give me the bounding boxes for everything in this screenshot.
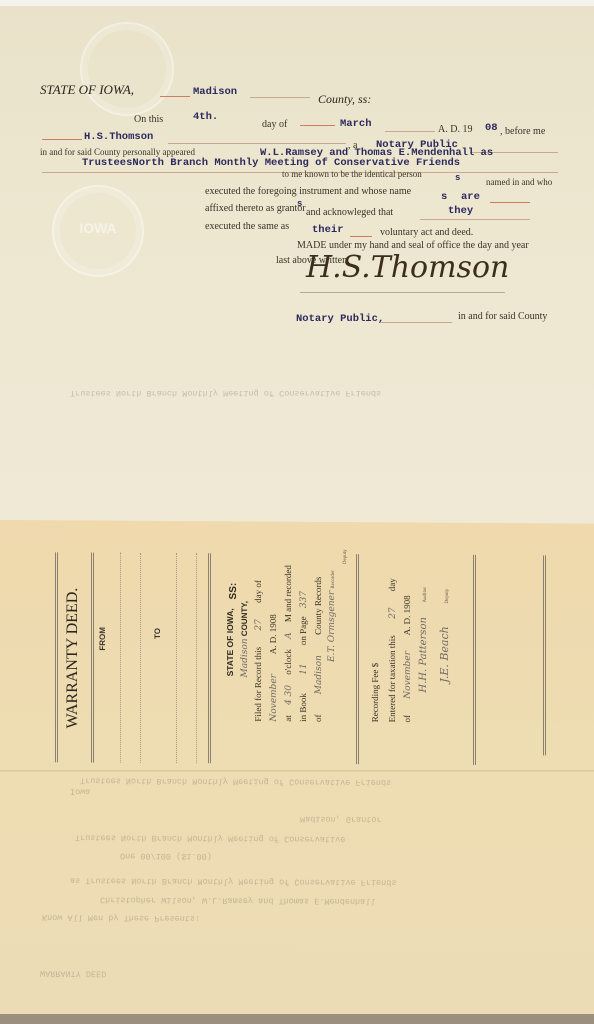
rule (208, 553, 209, 763)
time-row: at 4 30 o'clock A M and recorded (283, 565, 294, 722)
rule (196, 553, 197, 763)
bleed-through-text: WARRANTY DEED (40, 968, 106, 978)
deed-title: WARRANTY DEED. (64, 588, 82, 729)
rule (55, 552, 56, 762)
tax-month-row: of November A. D. 1908 (402, 595, 413, 722)
rule (140, 553, 141, 763)
county-label: County, ss: (318, 92, 371, 107)
from-label: FROM (98, 627, 107, 651)
ad-label: A. D. 19 (438, 124, 472, 135)
rule (57, 552, 58, 762)
named-in-label: named in and who (486, 177, 552, 187)
notary-name: H.S.Thomson (84, 131, 153, 143)
day-value: 4th. (193, 111, 218, 123)
their-value: their (312, 224, 344, 236)
rule (210, 553, 211, 763)
year-value: 08 (485, 122, 498, 134)
state-label: STATE OF IOWA, (225, 608, 235, 676)
bleed-through-text: One 00/100 ($1.00) (120, 851, 212, 862)
to-label: TO (153, 628, 162, 639)
person-plural: s (455, 173, 460, 183)
rule (543, 555, 544, 755)
rule (120, 553, 121, 763)
recording-fee-label: Recording Fee $ (370, 663, 380, 723)
recorder-row: E.T. Ormsgener Recorder (326, 570, 337, 662)
notary-signature: H.S.Thomson (306, 250, 509, 285)
state-heading: STATE OF IOWA, (40, 82, 134, 98)
bleed-through-text: Know All Men by These Presents: (42, 912, 200, 923)
rule (385, 131, 435, 132)
grantor-plural: s (297, 199, 302, 209)
acknowledged-label: and acknowleged that (306, 207, 393, 218)
rule (358, 554, 359, 764)
rule (176, 553, 177, 763)
paper-edge (0, 0, 594, 6)
signature-line (300, 292, 505, 293)
rule (300, 125, 335, 126)
rule (420, 219, 530, 220)
bleed-through-text: Madison, Grantor (300, 814, 382, 824)
are-value: are (461, 191, 480, 203)
county-name: Madison (193, 86, 237, 98)
notary-seal-icon: IOWA (52, 185, 144, 277)
deputy-label: Deputy (343, 549, 348, 564)
rule (475, 555, 476, 765)
bleed-through-text: Trustees North Branch Monthly Meeting of… (80, 775, 391, 787)
bleed-through-text: Trustees North Branch Monthly Meeting of… (75, 832, 345, 844)
county-row: Madison COUNTY, (239, 601, 250, 678)
bleed-through-text: Christopher Wilson, W.L.Ramsey and Thoma… (100, 895, 375, 907)
executed-foregoing-label: executed the foregoing instrument and wh… (205, 186, 411, 197)
name-plural: s (441, 191, 447, 203)
book-row: in Book 11 on Page 337 (298, 591, 309, 722)
month-row: November A. D. 1908 (268, 614, 279, 721)
paper-edge (0, 1014, 594, 1024)
rule (42, 139, 82, 140)
embossed-seal-icon (80, 22, 174, 116)
in-and-for-label: in and for said County personally appear… (40, 147, 195, 157)
records-row: of Madison County Records (313, 577, 324, 722)
known-to-me: to me known to be the identical person (282, 169, 422, 179)
rule (490, 202, 530, 203)
month-value: March (340, 118, 372, 130)
auditor-row: H.H. Patterson Auditor (418, 587, 429, 693)
deputy-row: J.E. Beach Deputy (438, 589, 451, 683)
rule (160, 96, 190, 97)
voluntary-label: voluntary act and deed. (380, 227, 473, 238)
bleed-through-text: as Trustees North Branch Monthly Meeting… (70, 875, 396, 887)
bleed-through-text: Trustees North Branch Monthly Meeting of… (70, 388, 381, 398)
rule (91, 553, 92, 763)
rule (93, 553, 94, 763)
taxation-row: Entered for taxation this 27 day (387, 578, 398, 722)
rule (356, 554, 357, 764)
filed-row: Filed for Record this 27 day of (253, 580, 264, 722)
rule (250, 97, 310, 98)
bleed-through-text: Iowa (70, 786, 90, 796)
rule (168, 143, 346, 144)
rule (380, 322, 452, 323)
paper-fold (0, 770, 594, 773)
executed-same-label: executed the same as (205, 221, 289, 232)
persons-line-2: TrusteesNorth Branch Monthly Meeting of … (82, 157, 460, 169)
rule (350, 236, 372, 237)
affixed-label: affixed thereto as grantor (205, 203, 306, 214)
rule (545, 555, 546, 755)
day-of-label: day of (262, 119, 287, 130)
rule (473, 555, 474, 765)
signature-title: Notary Public, (296, 313, 384, 325)
they-value: they (448, 205, 473, 217)
ss-label: SS: (228, 583, 239, 600)
in-and-for-county-label: in and for said County (458, 311, 547, 322)
on-this-label: On this (134, 114, 163, 125)
before-me-label: , before me (500, 126, 545, 137)
